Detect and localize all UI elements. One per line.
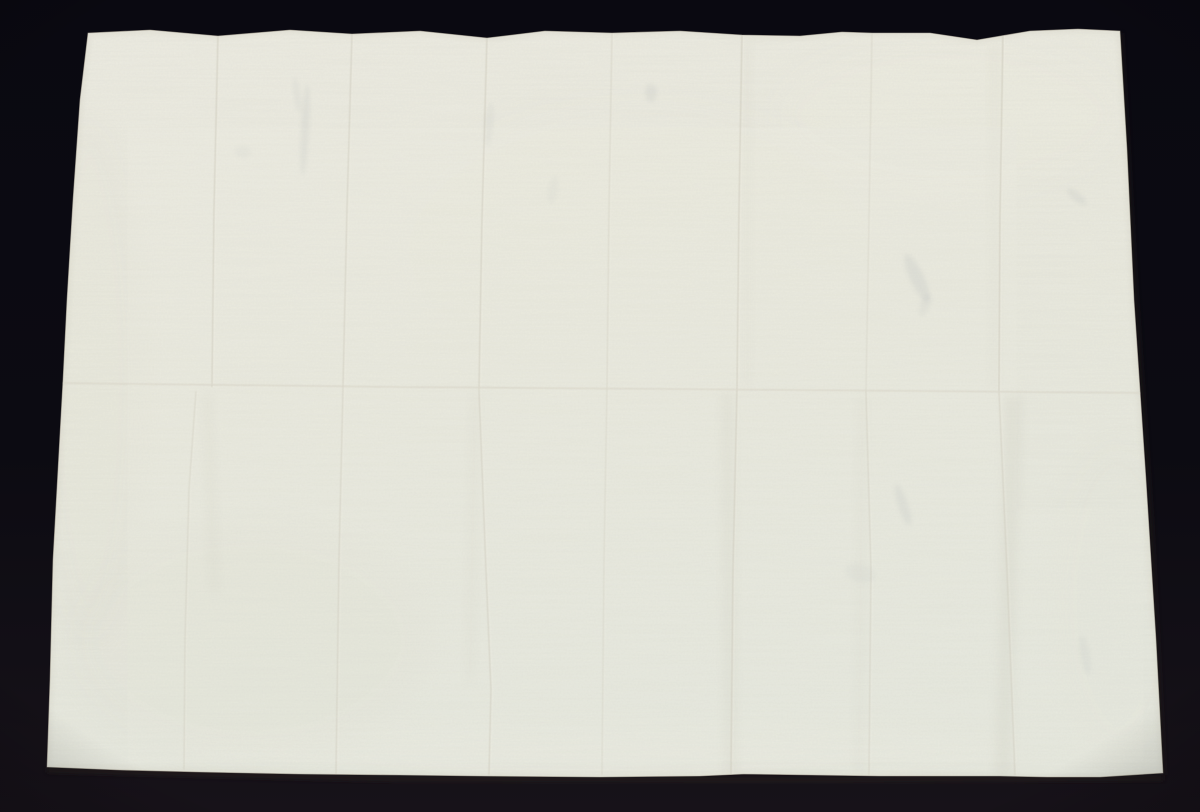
photo-of-folded-blank-paper xyxy=(0,0,1200,812)
folded-paper-photo xyxy=(0,0,1200,812)
photo-vignette xyxy=(0,0,1200,812)
